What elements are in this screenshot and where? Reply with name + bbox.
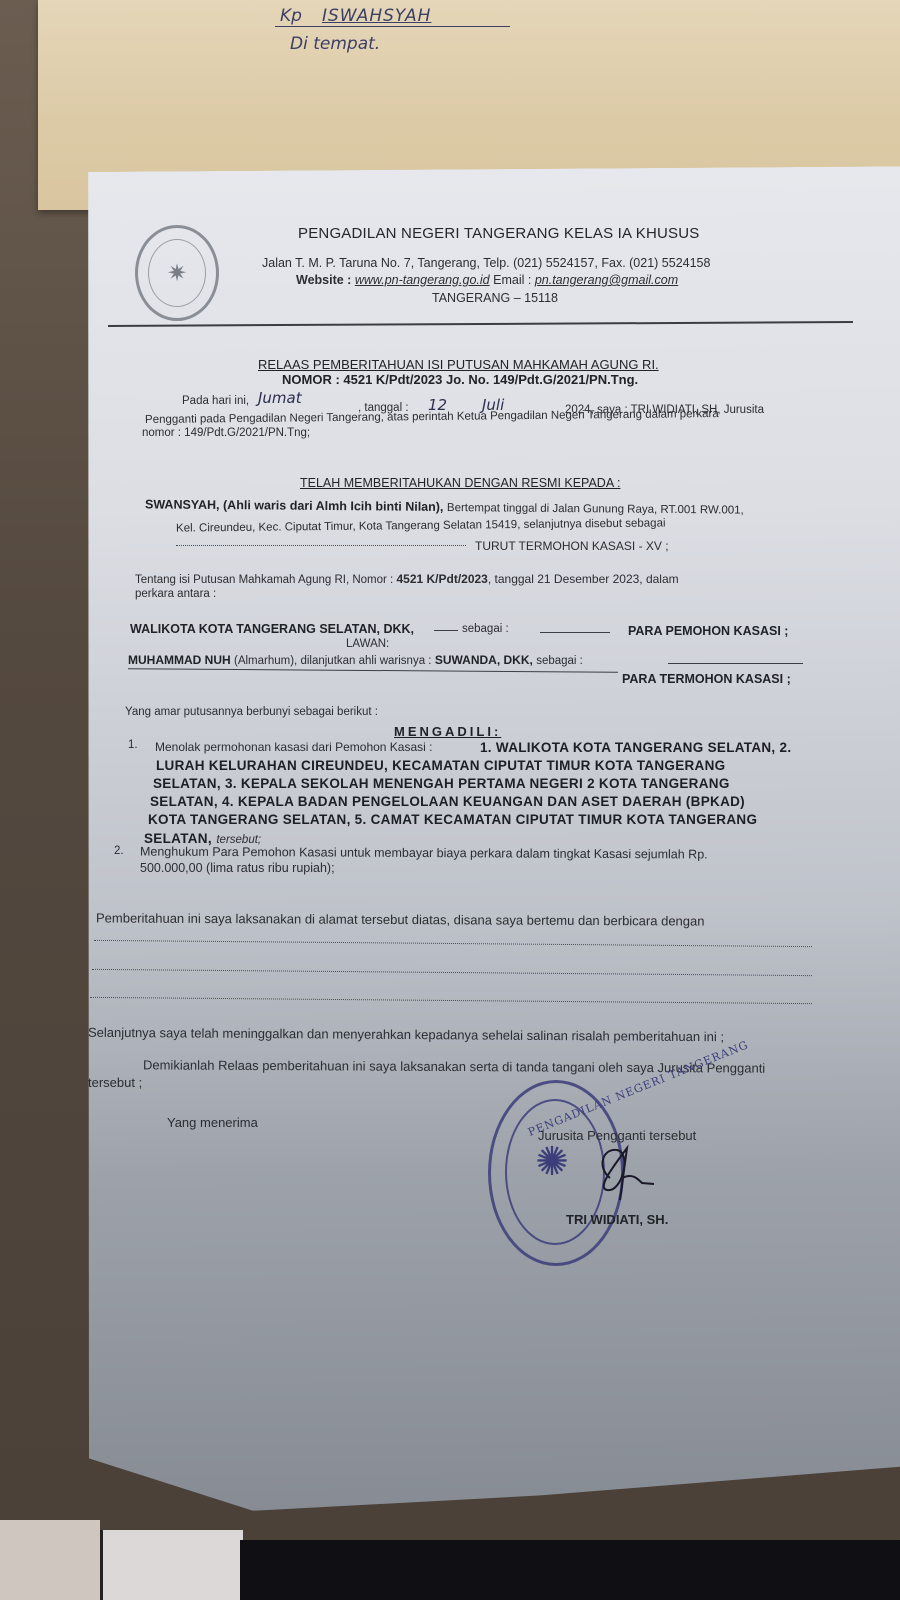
ruling-item-line: SELATAN, 4. KEPALA BADAN PENGELOLAAN KEU… — [150, 794, 745, 809]
ruling-item-line: KOTA TANGERANG SELATAN, 5. CAMAT KECAMAT… — [148, 812, 757, 827]
ruling-item-line: SELATAN, 3. KEPALA SEKOLAH MENENGAH PERT… — [153, 776, 730, 791]
ruling-item-num: 1. — [128, 739, 138, 751]
ruling-item-lead: Menolak permohonan kasasi dari Pemohon K… — [155, 740, 433, 754]
document-number: NOMOR : 4521 K/Pdt/2023 Jo. No. 149/Pdt.… — [282, 372, 638, 387]
dotted-line — [92, 969, 812, 976]
case-number: 4521 K/Pdt/2023 — [396, 572, 487, 586]
receiver-label: Yang menerima — [167, 1115, 258, 1130]
ruling-intro: Yang amar putusannya berbunyi sebagai be… — [125, 706, 378, 718]
recipient-relation: (Ahli waris dari Almh Icih binti Nilan), — [223, 498, 444, 514]
role-respondent: PARA TERMOHON KASASI ; — [622, 672, 791, 686]
recipient-name: SWANSYAH, — [145, 497, 220, 512]
dash-line — [434, 630, 458, 631]
ruling-item-line: Menghukum Para Pemohon Kasasi untuk memb… — [140, 845, 708, 862]
recipient-role: TURUT TERMOHON KASASI - XV ; — [475, 539, 669, 553]
court-address: Jalan T. M. P. Taruna No. 7, Tangerang, … — [262, 256, 710, 270]
recipient-address1: Bertempat tinggal di Jalan Gunung Raya, … — [447, 502, 744, 517]
dotted-line — [176, 545, 466, 546]
case-tentang: Tentang isi Putusan Mahkamah Agung RI, N… — [135, 572, 679, 586]
party-respondent: MUHAMMAD NUH (Almarhum), dilanjutkan ahl… — [128, 653, 583, 667]
intro-line3: nomor : 149/Pdt.G/2021/PN.Tng; — [142, 427, 310, 439]
sebagai-label-1: sebagai : — [462, 623, 509, 635]
role-petitioner: PARA PEMOHON KASASI ; — [628, 624, 788, 638]
officer-name: TRI WIDIATI, SH. — [566, 1212, 668, 1227]
ruling-heading: MENGADILI: — [394, 724, 501, 739]
delivery-followup: Selanjutnya saya telah meninggalkan dan … — [88, 1025, 724, 1044]
handwritten-day: Jumat — [258, 389, 302, 407]
signature-icon — [592, 1138, 662, 1208]
closing-line2: tersebut ; — [88, 1075, 142, 1090]
party-petitioner: WALIKOTA KOTA TANGERANG SELATAN, DKK, — [130, 622, 414, 636]
ruling-item-line: 500.000,00 (lima ratus ribu rupiah); — [140, 861, 335, 875]
document-content: ✷ PENGADILAN NEGERI TANGERANG KELAS IA K… — [0, 0, 900, 1600]
website-link[interactable]: www.pn-tangerang.go.id — [355, 273, 490, 287]
stamp-emblem-icon: ✺ — [528, 1138, 576, 1186]
court-emblem-icon: ✷ — [135, 225, 219, 321]
delivery-statement: Pemberitahuan ini saya laksanakan di ala… — [96, 910, 705, 928]
court-contacts: Website : www.pn-tangerang.go.id Email :… — [296, 273, 678, 287]
ruling-item-line: 1. WALIKOTA KOTA TANGERANG SELATAN, 2. — [480, 740, 791, 755]
underline — [128, 668, 618, 672]
dotted-line — [94, 940, 812, 947]
letterhead-divider — [108, 321, 853, 327]
ruling-item-line: LURAH KELURAHAN CIREUNDEU, KECAMATAN CIP… — [156, 758, 725, 773]
email-link[interactable]: pn.tangerang@gmail.com — [535, 273, 678, 287]
recipient-line1: SWANSYAH, (Ahli waris dari Almh Icih bin… — [145, 497, 744, 516]
lawan-label: LAWAN: — [346, 638, 389, 650]
court-city: TANGERANG – 15118 — [432, 291, 558, 305]
dash-line — [668, 663, 803, 664]
ruling-item-num: 2. — [114, 845, 124, 857]
case-perkara-antara: perkara antara : — [135, 588, 216, 600]
recipient-heading: TELAH MEMBERITAHUKAN DENGAN RESMI KEPADA… — [300, 476, 620, 490]
dash-line — [540, 632, 610, 633]
intro-pada-hari: Pada hari ini, — [182, 395, 249, 407]
court-name: PENGADILAN NEGERI TANGERANG KELAS IA KHU… — [298, 225, 700, 242]
intro-line2: Pengganti pada Pengadilan Negeri Tangera… — [145, 408, 719, 426]
recipient-address2: Kel. Cireundeu, Kec. Ciputat Timur, Kota… — [176, 517, 666, 534]
dotted-line — [90, 997, 812, 1004]
document-title: RELAAS PEMBERITAHUAN ISI PUTUSAN MAHKAMA… — [258, 357, 659, 372]
